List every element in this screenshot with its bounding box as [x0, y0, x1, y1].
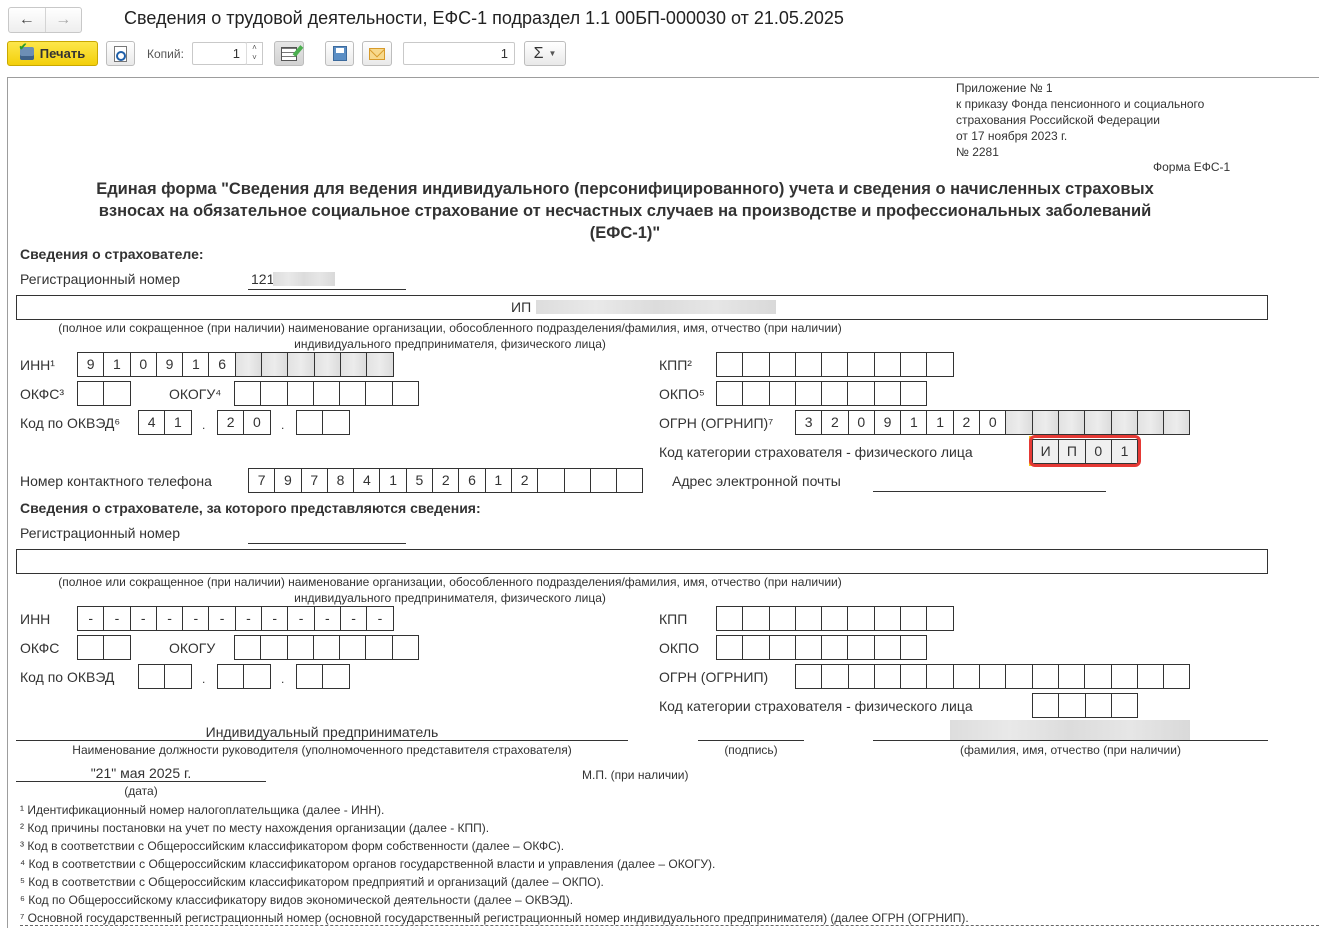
- email-button[interactable]: [362, 41, 392, 66]
- char-cell: [901, 382, 927, 405]
- char-cell: -: [288, 607, 314, 630]
- char-cell: [1033, 665, 1059, 688]
- footnote: ¹ Идентификационный номер налогоплательщ…: [20, 803, 384, 817]
- char-cell: [165, 665, 191, 688]
- char-cell: [875, 353, 901, 376]
- char-cell: 0: [980, 411, 1006, 434]
- char-cell: [323, 411, 349, 434]
- char-cell: [1112, 665, 1138, 688]
- date-caption: (дата): [16, 784, 266, 798]
- insurer-name-value: ИП: [511, 299, 531, 315]
- char-cell: 6: [459, 469, 485, 492]
- r-okogu-cells[interactable]: [234, 635, 419, 660]
- signature-caption: (подпись): [698, 743, 804, 757]
- appendix-line: Приложение № 1: [956, 80, 1204, 96]
- r-category-cells[interactable]: [1032, 693, 1138, 718]
- back-button[interactable]: ←: [9, 8, 45, 32]
- char-cell: [244, 665, 270, 688]
- char-cell: [1164, 665, 1190, 688]
- char-cell: [297, 411, 323, 434]
- char-cell: 2: [822, 411, 848, 434]
- char-cell: -: [367, 607, 393, 630]
- char-cell: [1059, 694, 1085, 717]
- char-cell: [796, 636, 822, 659]
- char-cell: [743, 353, 769, 376]
- page-break-line: [20, 925, 1319, 926]
- r-inn-cells[interactable]: ------------: [77, 606, 394, 631]
- represented-reg-field[interactable]: [248, 543, 406, 544]
- inn-label: ИНН¹: [20, 357, 55, 373]
- okfs-cells[interactable]: [77, 381, 131, 406]
- nav-buttons: ← →: [8, 7, 82, 33]
- char-cell: [901, 353, 927, 376]
- arrow-right-icon: →: [55, 11, 71, 29]
- char-cell: [297, 665, 323, 688]
- char-cell: 8: [328, 469, 354, 492]
- preview-icon: [114, 46, 127, 62]
- char-cell: [323, 665, 349, 688]
- char-cell: [848, 382, 874, 405]
- redacted-value: [273, 272, 335, 286]
- char-cell: [743, 607, 769, 630]
- char-cell: [770, 382, 796, 405]
- footnote: ⁶ Код по Общероссийскому классификатору …: [20, 893, 573, 907]
- char-cell: 1: [104, 353, 130, 376]
- okfs-label: ОКФС³: [20, 386, 64, 402]
- forward-button[interactable]: →: [45, 8, 82, 32]
- okogu-label: ОКОГУ⁴: [169, 386, 221, 402]
- char-cell: [1164, 411, 1190, 434]
- char-cell: [288, 382, 314, 405]
- char-cell: -: [157, 607, 183, 630]
- char-cell: [717, 382, 743, 405]
- char-cell: 0: [244, 411, 270, 434]
- char-cell: 9: [875, 411, 901, 434]
- represented-name-caption: (полное или сокращенное (при наличии) на…: [0, 575, 900, 589]
- okved-label: Код по ОКВЭД⁶: [20, 415, 120, 431]
- char-cell: [262, 353, 288, 376]
- inn-cells[interactable]: 910916: [77, 352, 394, 377]
- char-cell: [366, 382, 392, 405]
- appendix-line: № 2281: [956, 144, 1204, 160]
- char-cell: [261, 382, 287, 405]
- represented-reg-label: Регистрационный номер: [20, 525, 180, 541]
- print-button[interactable]: ✔ Печать: [7, 41, 98, 66]
- char-cell: -: [131, 607, 157, 630]
- footnote: ³ Код в соответствии с Общероссийским кл…: [20, 839, 564, 853]
- char-cell: [927, 607, 953, 630]
- form-title-line: взносах на обязательное социальное страх…: [20, 200, 1230, 222]
- char-cell: [1112, 411, 1138, 434]
- char-cell: -: [78, 607, 104, 630]
- r-kpp-label: КПП: [659, 611, 687, 627]
- position-line: [16, 740, 628, 741]
- r-inn-label: ИНН: [20, 611, 50, 627]
- okved-dot: .: [202, 418, 205, 432]
- printer-icon: ✔: [20, 47, 34, 60]
- char-cell: [796, 382, 822, 405]
- char-cell: 2: [954, 411, 980, 434]
- char-cell: [927, 353, 953, 376]
- char-cell: [901, 607, 927, 630]
- char-cell: [927, 665, 953, 688]
- char-cell: [393, 382, 419, 405]
- r-okpo-cells[interactable]: [716, 635, 927, 660]
- copies-stepper[interactable]: ˄ ˅: [246, 42, 263, 65]
- char-cell: [261, 636, 287, 659]
- print-label: Печать: [40, 46, 85, 61]
- char-cell: [1138, 411, 1164, 434]
- insurer-reg-label: Регистрационный номер: [20, 271, 180, 287]
- form-code: Форма ЕФС-1: [1153, 160, 1230, 174]
- appendix-line: к приказу Фонда пенсионного и социальног…: [956, 96, 1204, 112]
- char-cell: 5: [407, 469, 433, 492]
- char-cell: [849, 665, 875, 688]
- char-cell: [717, 636, 743, 659]
- char-cell: [1085, 411, 1111, 434]
- char-cell: [796, 607, 822, 630]
- sum-button[interactable]: Σ ▼: [524, 41, 566, 66]
- char-cell: [1006, 411, 1032, 434]
- char-cell: 4: [139, 411, 165, 434]
- r-kpp-cells[interactable]: [716, 606, 954, 631]
- char-cell: [770, 353, 796, 376]
- r-okved-cells-3[interactable]: [296, 664, 350, 689]
- char-cell: [743, 382, 769, 405]
- footnote: ⁴ Код в соответствии с Общероссийским кл…: [20, 857, 715, 871]
- r-ogrn-cells[interactable]: [795, 664, 1190, 689]
- date-value: "21" мая 2025 г.: [16, 765, 266, 781]
- okved-cells-1[interactable]: 41: [138, 410, 192, 435]
- char-cell: [367, 353, 393, 376]
- char-cell: -: [209, 607, 235, 630]
- footnote: ⁷ Основной государственный регистрационн…: [20, 911, 969, 925]
- char-cell: 7: [249, 469, 275, 492]
- r-okpo-label: ОКПО: [659, 640, 699, 656]
- r-category-label: Код категории страхователя - физического…: [659, 698, 973, 714]
- char-cell: 4: [354, 469, 380, 492]
- char-cell: [236, 353, 262, 376]
- char-cell: 1: [165, 411, 191, 434]
- underline: [248, 289, 406, 290]
- stepper-up-icon[interactable]: ˄: [247, 43, 262, 53]
- save-button[interactable]: [325, 41, 354, 66]
- represented-name-caption-2: индивидуального предпринимателя, физичес…: [0, 591, 900, 605]
- char-cell: [848, 636, 874, 659]
- char-cell: 2: [512, 469, 538, 492]
- kpp-cells[interactable]: [716, 352, 954, 377]
- okved-dot: .: [281, 418, 284, 432]
- appendix-line: от 17 ноября 2023 г.: [956, 128, 1204, 144]
- char-cell: [341, 353, 367, 376]
- char-cell: [366, 636, 392, 659]
- char-cell: [822, 353, 848, 376]
- char-cell: [770, 636, 796, 659]
- phone-label: Номер контактного телефона: [20, 473, 212, 489]
- char-cell: [78, 636, 104, 659]
- ogrn-label: ОГРН (ОГРНИП)⁷: [659, 415, 773, 431]
- char-cell: [875, 607, 901, 630]
- okpo-label: ОКПО⁵: [659, 386, 705, 402]
- form-title: Единая форма "Сведения для ведения индив…: [20, 178, 1230, 244]
- char-cell: [314, 636, 340, 659]
- represented-name-field[interactable]: [16, 549, 1268, 574]
- char-cell: [78, 382, 104, 405]
- char-cell: [717, 607, 743, 630]
- char-cell: [340, 636, 366, 659]
- char-cell: [717, 353, 743, 376]
- char-cell: [1006, 665, 1032, 688]
- char-cell: [288, 353, 314, 376]
- char-cell: [848, 353, 874, 376]
- char-cell: [1059, 411, 1085, 434]
- arrow-left-icon: ←: [19, 11, 35, 29]
- footnote: ⁵ Код в соответствии с Общероссийским кл…: [20, 875, 604, 889]
- phone-cells[interactable]: 79784152612: [248, 468, 643, 493]
- highlight-box: [1029, 435, 1141, 467]
- char-cell: 7: [302, 469, 328, 492]
- char-cell: [288, 636, 314, 659]
- char-cell: [901, 665, 927, 688]
- footnote: ² Код причины постановки на учет по мест…: [20, 821, 489, 835]
- r-okved-label: Код по ОКВЭД: [20, 669, 114, 685]
- char-cell: [1112, 694, 1138, 717]
- insurer-section-title: Сведения о страхователе:: [20, 246, 204, 262]
- char-cell: [743, 636, 769, 659]
- char-cell: [1138, 665, 1164, 688]
- stepper-down-icon[interactable]: ˅: [247, 53, 262, 63]
- char-cell: 9: [157, 353, 183, 376]
- redacted-value: [950, 720, 1190, 740]
- char-cell: [848, 607, 874, 630]
- char-cell: [1059, 665, 1085, 688]
- stamp-caption: М.П. (при наличии): [582, 768, 689, 782]
- redacted-value: [536, 300, 776, 314]
- category-label: Код категории страхователя - физического…: [659, 444, 973, 460]
- fio-caption: (фамилия, имя, отчество (при наличии): [873, 743, 1268, 757]
- char-cell: [617, 469, 643, 492]
- char-cell: [875, 636, 901, 659]
- char-cell: 1: [486, 469, 512, 492]
- char-cell: 9: [78, 353, 104, 376]
- char-cell: [235, 636, 261, 659]
- char-cell: -: [315, 607, 341, 630]
- char-cell: 6: [209, 353, 235, 376]
- okved-dot: .: [281, 672, 284, 686]
- char-cell: [1085, 665, 1111, 688]
- char-cell: [796, 665, 822, 688]
- email-field[interactable]: [873, 491, 1106, 492]
- char-cell: [875, 665, 901, 688]
- okved-dot: .: [202, 672, 205, 686]
- window-title: Сведения о трудовой деятельности, ЕФС-1 …: [124, 8, 844, 29]
- okved-cells-3[interactable]: [296, 410, 350, 435]
- char-cell: [822, 665, 848, 688]
- char-cell: [822, 607, 848, 630]
- form-title-line: (ЕФС-1)": [20, 222, 1230, 244]
- okved-cells-2[interactable]: 20: [217, 410, 271, 435]
- dropdown-arrow-icon: ▼: [548, 49, 556, 58]
- char-cell: -: [262, 607, 288, 630]
- r-okved-cells-2[interactable]: [217, 664, 271, 689]
- signature-field[interactable]: [698, 740, 804, 741]
- copies-label: Копий:: [147, 47, 184, 61]
- char-cell: [822, 382, 848, 405]
- char-cell: 3: [796, 411, 822, 434]
- edit-table-icon: [281, 47, 297, 61]
- char-cell: 9: [275, 469, 301, 492]
- char-cell: [796, 353, 822, 376]
- char-cell: [770, 607, 796, 630]
- page-number-input[interactable]: 1: [403, 42, 515, 65]
- char-cell: [591, 469, 617, 492]
- char-cell: 1: [927, 411, 953, 434]
- char-cell: 2: [433, 469, 459, 492]
- kpp-label: КПП²: [659, 357, 692, 373]
- char-cell: [565, 469, 591, 492]
- char-cell: -: [104, 607, 130, 630]
- char-cell: [393, 636, 419, 659]
- sum-icon: Σ: [534, 45, 544, 63]
- char-cell: [1033, 694, 1059, 717]
- char-cell: [315, 353, 341, 376]
- okogu-cells[interactable]: [234, 381, 419, 406]
- represented-section-title: Сведения о страхователе, за которого пре…: [20, 500, 481, 516]
- char-cell: [104, 636, 130, 659]
- char-cell: 1: [901, 411, 927, 434]
- char-cell: [218, 665, 244, 688]
- char-cell: [822, 636, 848, 659]
- char-cell: [139, 665, 165, 688]
- insurer-name-caption-2: индивидуального предпринимателя, физичес…: [0, 337, 900, 351]
- r-okved-cells-1[interactable]: [138, 664, 192, 689]
- char-cell: [314, 382, 340, 405]
- appendix-block: Приложение № 1 к приказу Фонда пенсионно…: [956, 80, 1204, 160]
- insurer-name-caption: (полное или сокращенное (при наличии) на…: [0, 321, 900, 335]
- save-icon: [333, 46, 347, 61]
- char-cell: 0: [131, 353, 157, 376]
- char-cell: [875, 382, 901, 405]
- r-okfs-label: ОКФС: [20, 640, 59, 656]
- char-cell: [104, 382, 130, 405]
- r-okogu-label: ОКОГУ: [169, 640, 215, 656]
- okpo-cells[interactable]: [716, 381, 927, 406]
- position-caption: Наименование должности руководителя (упо…: [16, 743, 628, 757]
- char-cell: 1: [183, 353, 209, 376]
- char-cell: -: [341, 607, 367, 630]
- char-cell: -: [183, 607, 209, 630]
- email-label: Адрес электронной почты: [672, 473, 841, 489]
- r-okfs-cells[interactable]: [77, 635, 131, 660]
- char-cell: -: [236, 607, 262, 630]
- copies-input[interactable]: 1: [192, 42, 247, 65]
- char-cell: [1033, 411, 1059, 434]
- position-value: Индивидуальный предприниматель: [16, 724, 628, 740]
- appendix-line: страхования Российской Федерации: [956, 112, 1204, 128]
- form-title-line: Единая форма "Сведения для ведения индив…: [20, 178, 1230, 200]
- char-cell: 1: [380, 469, 406, 492]
- char-cell: [954, 665, 980, 688]
- insurer-reg-value: 121: [251, 271, 274, 287]
- char-cell: 0: [849, 411, 875, 434]
- char-cell: [340, 382, 366, 405]
- char-cell: [538, 469, 564, 492]
- char-cell: 2: [218, 411, 244, 434]
- char-cell: [980, 665, 1006, 688]
- char-cell: [1086, 694, 1112, 717]
- edit-button[interactable]: [274, 41, 304, 66]
- preview-button[interactable]: [106, 41, 135, 66]
- char-cell: [235, 382, 261, 405]
- fio-line: [873, 740, 1268, 741]
- email-icon: [369, 48, 385, 60]
- r-ogrn-label: ОГРН (ОГРНИП): [659, 669, 768, 685]
- char-cell: [901, 636, 927, 659]
- ogrn-cells[interactable]: 32091120: [795, 410, 1190, 435]
- date-line: [16, 781, 266, 782]
